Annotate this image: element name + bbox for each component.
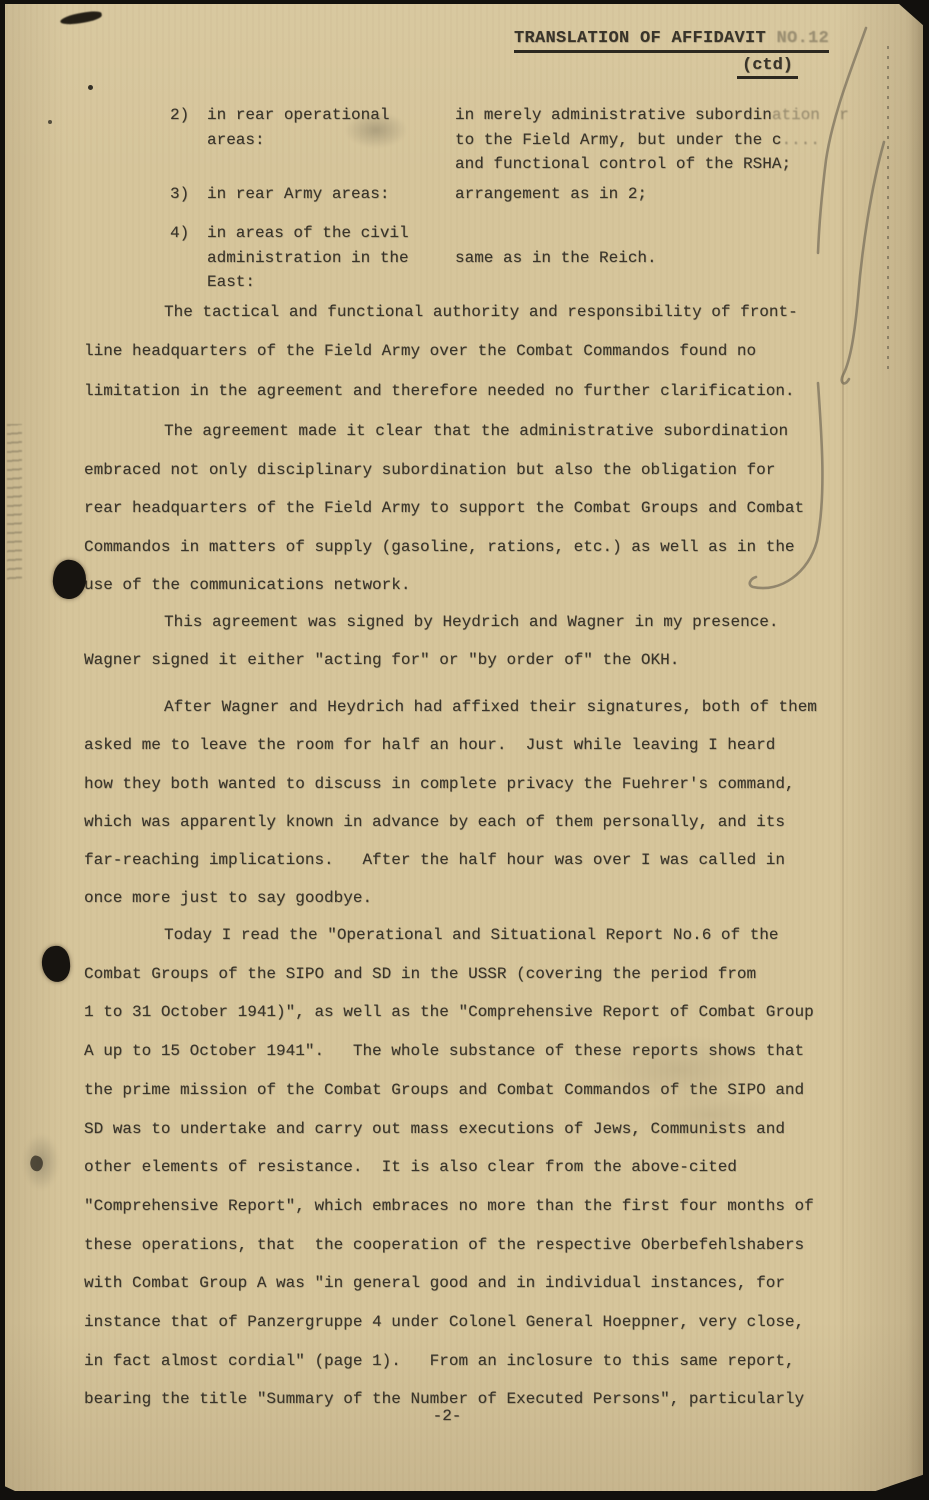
- list-item-term: in rear Army areas:: [207, 182, 389, 207]
- list-item-description: arrangement as in 2;: [455, 182, 647, 207]
- ink-smudge: [59, 10, 102, 26]
- list-item-term: in areas of the civiladministration in t…: [207, 221, 409, 295]
- text-line: which was apparently known in advance by…: [84, 803, 844, 841]
- list-item-number: 4): [170, 221, 189, 246]
- text-line: This agreement was signed by Heydrich an…: [84, 603, 844, 641]
- text-line: Commandos in matters of supply (gasoline…: [84, 528, 844, 567]
- page-edge-shadow: [907, 0, 923, 1500]
- text-line: The tactical and functional authority an…: [84, 293, 844, 332]
- text-line: far-reaching implications. After the hal…: [84, 841, 844, 879]
- paragraph: The agreement made it clear that the adm…: [84, 412, 844, 605]
- document-scan: TRANSLATION OF AFFIDAVIT NO.12 (ctd) 2)i…: [0, 0, 929, 1500]
- ink-smudge: [345, 112, 407, 148]
- ink-speck: [48, 120, 52, 124]
- text-line: other elements of resistance. It is also…: [84, 1148, 844, 1187]
- text-line: how they both wanted to discuss in compl…: [84, 765, 844, 803]
- affidavit-number-faded: NO.12: [777, 29, 830, 48]
- paragraph: Today I read the "Operational and Situat…: [84, 916, 844, 1419]
- text-line: administration in the: [207, 246, 409, 271]
- list-item-description: same as in the Reich.: [455, 221, 657, 270]
- text-line: Today I read the "Operational and Situat…: [84, 916, 844, 955]
- text-line: line headquarters of the Field Army over…: [84, 332, 844, 371]
- text-line: limitation in the agreement and therefor…: [84, 372, 844, 411]
- text-line: East:: [207, 270, 409, 295]
- paper-crease: [842, 0, 844, 1500]
- list-item-description: in merely administrative subordination r…: [455, 103, 849, 177]
- text-line: "Comprehensive Report", which embraces n…: [84, 1187, 844, 1226]
- list-item-number: 2): [170, 103, 189, 128]
- page-number: -2-: [84, 1407, 810, 1425]
- hole-punch: [40, 944, 72, 983]
- page-title: TRANSLATION OF AFFIDAVIT NO.12: [514, 29, 829, 53]
- margin-scribble: [7, 424, 22, 584]
- text-line: in merely administrative subordination r: [455, 103, 849, 128]
- text-line: in areas of the civil: [207, 221, 409, 246]
- text-line: After Wagner and Heydrich had affixed th…: [84, 688, 844, 726]
- text-line: in rear Army areas:: [207, 182, 389, 207]
- paragraph: The tactical and functional authority an…: [84, 293, 844, 411]
- paper-stain: [640, 1090, 780, 1140]
- text-line: 1 to 31 October 1941)", as well as the "…: [84, 993, 844, 1032]
- text-line: The agreement made it clear that the adm…: [84, 412, 844, 451]
- text-line: in fact almost cordial" (page 1). From a…: [84, 1342, 844, 1381]
- continued-label: (ctd): [737, 56, 798, 79]
- text-line: instance that of Panzergruppe 4 under Co…: [84, 1303, 844, 1342]
- text-line: rear headquarters of the Field Army to s…: [84, 489, 844, 528]
- text-line: these operations, that the cooperation o…: [84, 1226, 844, 1265]
- text-line: embraced not only disciplinary subordina…: [84, 451, 844, 490]
- text-line: once more just to say goodbye.: [84, 879, 844, 917]
- scan-edge: [923, 0, 929, 1500]
- pencil-curve-top-2: [842, 142, 884, 383]
- text-line: Wagner signed it either "acting for" or …: [84, 641, 844, 679]
- paragraph: This agreement was signed by Heydrich an…: [84, 603, 844, 679]
- text-line: arrangement as in 2;: [455, 182, 647, 207]
- text-line: and functional control of the RSHA;: [455, 152, 849, 177]
- text-line: use of the communications network.: [84, 566, 844, 605]
- text-line: with Combat Group A was "in general good…: [84, 1264, 844, 1303]
- text-line: to the Field Army, but under the c....: [455, 128, 849, 153]
- scan-edge: [0, 0, 5, 1500]
- text-line: Combat Groups of the SIPO and SD in the …: [84, 955, 844, 994]
- text-line: [455, 221, 657, 246]
- text-line: asked me to leave the room for half an h…: [84, 726, 844, 764]
- list-item-number: 3): [170, 182, 189, 207]
- paragraph: After Wagner and Heydrich had affixed th…: [84, 688, 844, 918]
- scan-edge: [0, 0, 929, 4]
- text-line: same as in the Reich.: [455, 246, 657, 271]
- scan-edge: [0, 1491, 929, 1500]
- page-title-text: TRANSLATION OF AFFIDAVIT: [514, 29, 777, 48]
- ink-speck: [88, 85, 93, 90]
